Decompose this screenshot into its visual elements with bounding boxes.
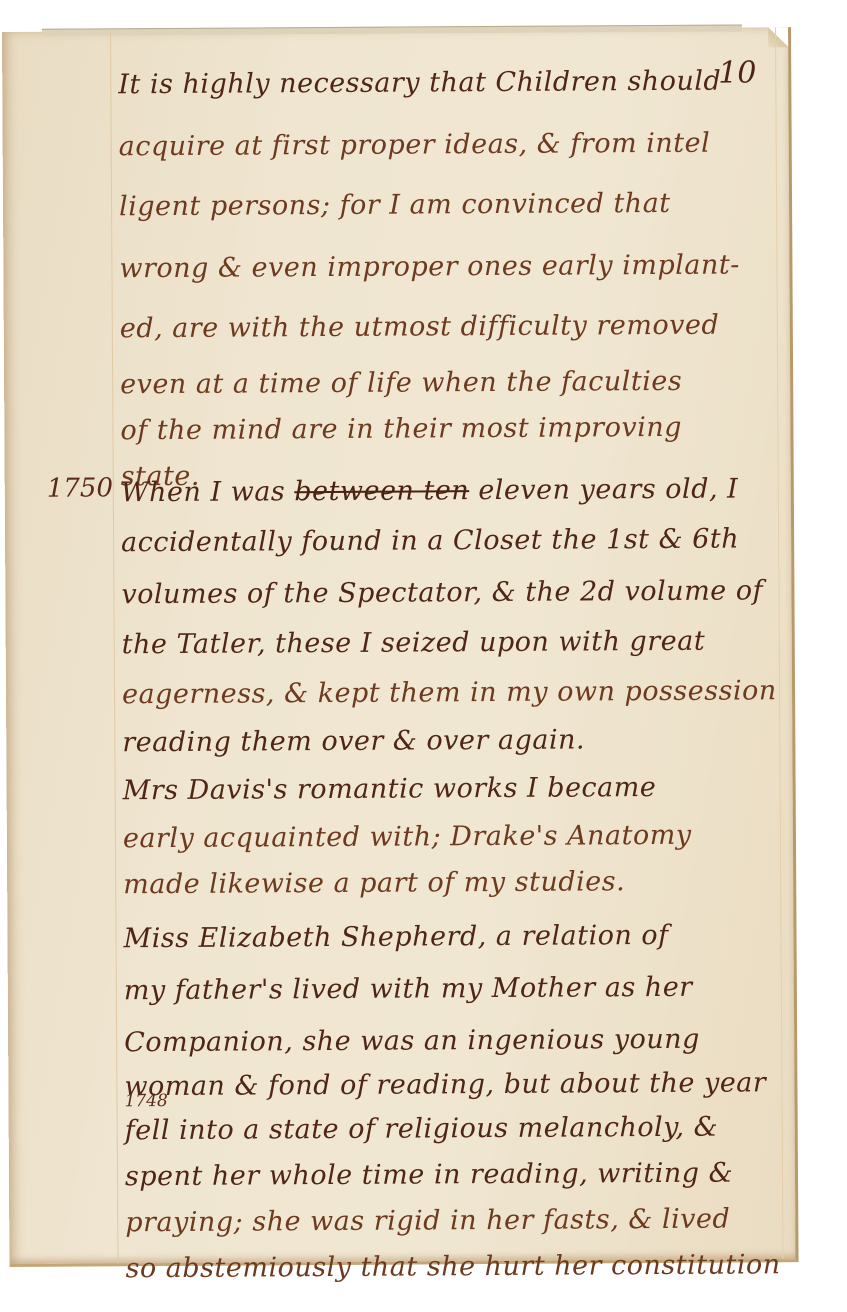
page-edge xyxy=(42,24,742,35)
folded-corner xyxy=(768,27,788,47)
text-line: my father's lived with my Mother as her xyxy=(124,971,774,1006)
text-line: spent her whole time in reading, writing… xyxy=(125,1157,775,1192)
margin-date: 1748 xyxy=(124,1091,167,1111)
text-line: When I was between ten eleven years old,… xyxy=(121,473,771,508)
text-line: of the mind are in their most improving xyxy=(120,411,770,446)
text-line: acquire at first proper ideas, & from in… xyxy=(119,127,769,162)
text-fragment: When I was xyxy=(121,476,286,508)
text-line: praying; she was rigid in her fasts, & l… xyxy=(125,1203,775,1238)
text-line: the Tatler, these I seized upon with gre… xyxy=(122,625,772,660)
text-line: made likewise a part of my studies. xyxy=(123,865,773,900)
text-line: ligent persons; for I am convinced that xyxy=(119,187,769,222)
text-line: volumes of the Spectator, & the 2d volum… xyxy=(121,575,771,610)
margin-date: 1750 xyxy=(47,473,113,503)
margin-rule-right xyxy=(775,27,784,1259)
text-line: Mrs Davis's romantic works I became xyxy=(123,771,773,806)
text-line: woman & fond of reading, but about the y… xyxy=(124,1067,774,1102)
text-line: even at a time of life when the facultie… xyxy=(120,365,770,400)
text-fragment: eleven years old, I xyxy=(478,474,738,507)
text-line: eagerness, & kept them in my own possess… xyxy=(122,675,772,710)
text-line: accidentally found in a Closet the 1st &… xyxy=(121,523,771,558)
struck-text: between ten xyxy=(294,475,469,507)
text-line: Companion, she was an ingenious young xyxy=(124,1023,774,1058)
text-line: so abstemiously that she hurt her consti… xyxy=(125,1249,775,1284)
text-line: reading them over & over again. xyxy=(122,723,772,758)
text-line: fell into a state of religious melanchol… xyxy=(125,1111,775,1146)
text-line: ed, are with the utmost difficulty remov… xyxy=(120,309,770,344)
text-line: It is highly necessary that Children sho… xyxy=(118,65,768,100)
text-line: early acquainted with; Drake's Anatomy xyxy=(123,819,773,854)
text-line: Miss Elizabeth Shepherd, a relation of xyxy=(123,919,773,954)
manuscript-page: 10 It is highly necessary that Children … xyxy=(2,27,799,1267)
text-line: wrong & even improper ones early implant… xyxy=(119,249,769,284)
margin-rule xyxy=(110,31,119,1263)
